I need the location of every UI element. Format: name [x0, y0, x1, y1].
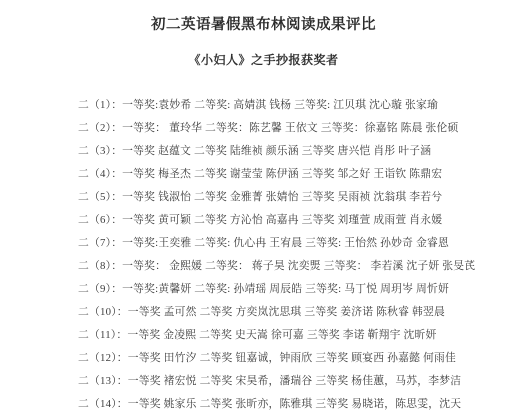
award-line-class-8: 二（8）：一等奖： 金熙媛 二等奖： 蒋子昊 沈奕煚 三等奖： 李若溪 沈子妍 … — [78, 255, 527, 278]
award-line-class-13: 二（13）：一等奖 褚宏悦 二等奖 宋昊希，潘瑞谷 三等奖 杨佳蕙，马苏，李梦洁 — [78, 370, 527, 393]
award-line-class-12: 二（12）：一等奖 田竹汐 二等奖 钮嘉诚，钟雨欣 三等奖 顾宴西 孙嘉懿 何雨… — [78, 347, 527, 370]
award-line-class-10: 二（10）：一等奖 孟可然 二等奖 方奕岚沈思琪 三等奖 姜济诺 陈秋睿 韩翌晨 — [78, 301, 527, 324]
document-title: 初二英语暑假黑布林阅读成果评比 — [0, 13, 527, 34]
award-line-class-7: 二（7）：一等奖:王奕雅 二等奖: 仇心冉 王宥晨 三等奖: 王怡然 孙妙奇 金… — [78, 232, 527, 255]
award-line-class-14: 二（14）：一等奖 姚家乐 二等奖 张昕亦，陈雅琪 三等奖 易晓诺，陈思雯，沈天 — [78, 393, 527, 411]
award-line-class-2: 二（2）：一等奖： 董玲华 二等奖：陈艺馨 王依文 三等奖：徐嘉铭 陈晨 张伦硕 — [78, 117, 527, 140]
document-page: 初二英语暑假黑布林阅读成果评比 《小妇人》之手抄报获奖者 二（1）：一等奖:袁妙… — [0, 0, 527, 411]
award-list: 二（1）：一等奖:袁妙希 二等奖: 高婧淇 钱杨 三等奖: 江贝琪 沈心璇 张家… — [78, 94, 527, 411]
award-line-class-4: 二（4）：一等奖 梅圣杰 二等奖 谢莹莹 陈伊涵 三等奖 邹之好 王诣钦 陈鼎宏 — [78, 163, 527, 186]
award-line-class-9: 二（9）：一等奖:黄馨妍 二等奖: 孙靖瑶 周辰皓 三等奖: 马丁悦 周玥岑 周… — [78, 278, 527, 301]
award-line-class-5: 二（5）：一等奖 钱淑怡 二等奖 金雅菁 张婧怡 三等奖 吴雨祯 沈翁琪 李若兮 — [78, 186, 527, 209]
award-line-class-3: 二（3）：一等奖 赵蕴文 二等奖 陆维祯 颜乐涵 三等奖 唐兴恺 肖彤 叶子涵 — [78, 140, 527, 163]
award-line-class-6: 二（6）：一等奖 黄可颖 二等奖 方沁怡 高嘉冉 三等奖 刘瑾萱 成雨萱 肖永媛 — [78, 209, 527, 232]
document-subtitle: 《小妇人》之手抄报获奖者 — [0, 51, 527, 68]
award-line-class-1: 二（1）：一等奖:袁妙希 二等奖: 高婧淇 钱杨 三等奖: 江贝琪 沈心璇 张家… — [78, 94, 527, 117]
award-line-class-11: 二（11）：一等奖 金凌熙 二等奖 史天嵩 徐可嘉 三等奖 李诺 靳翔宇 沈昕妍 — [78, 324, 527, 347]
